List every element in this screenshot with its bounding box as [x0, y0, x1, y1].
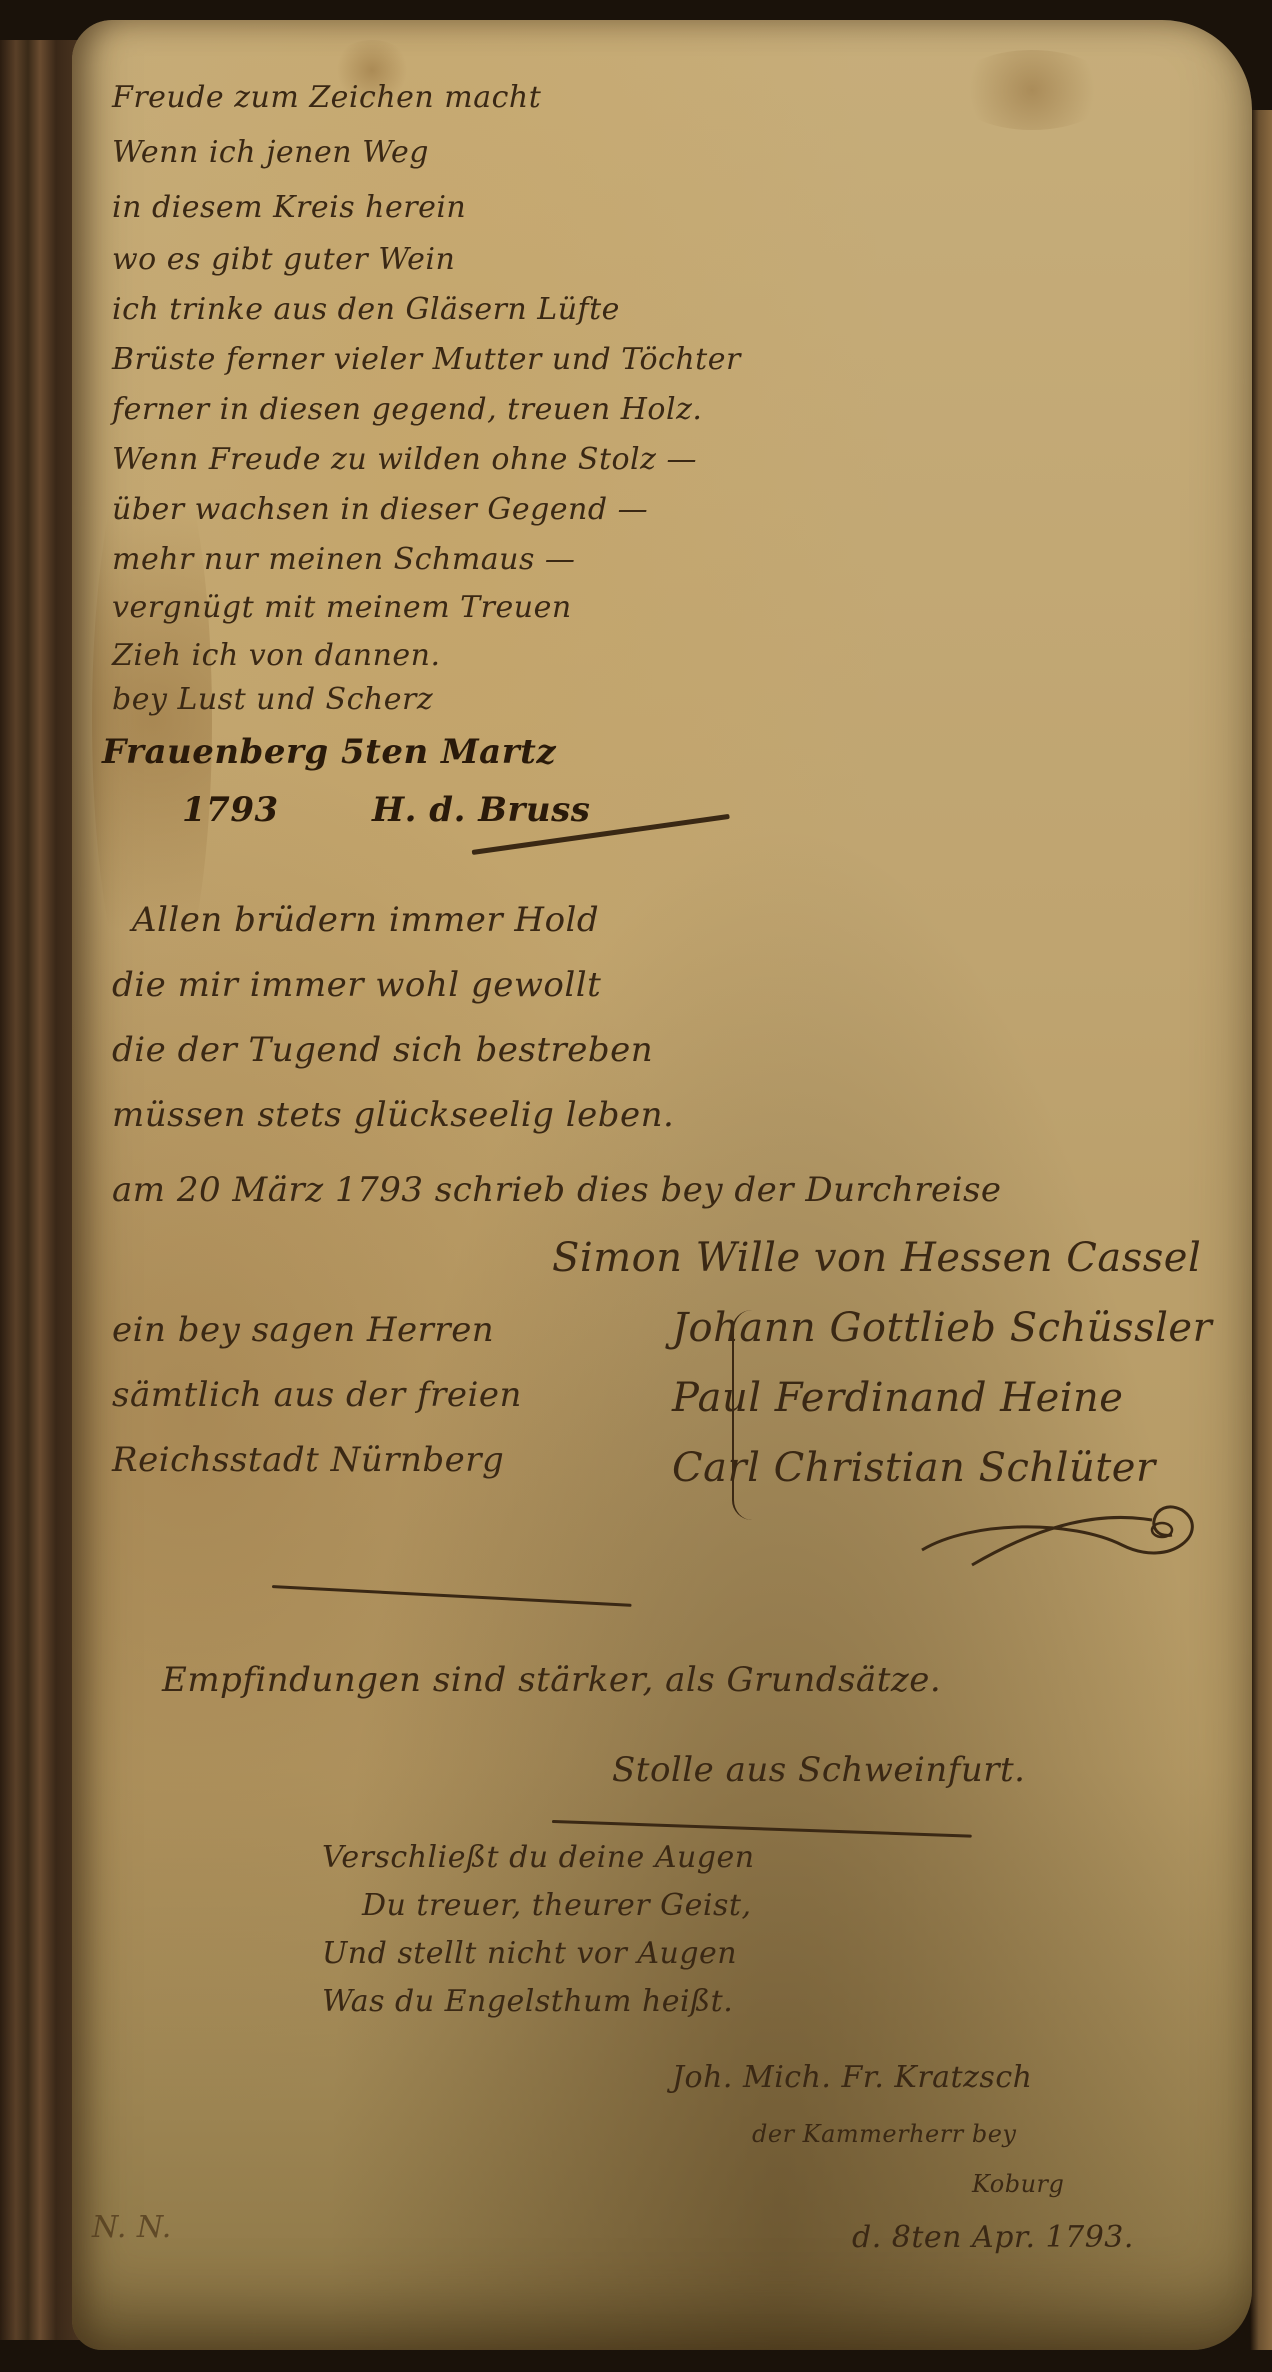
- entry1-line: Zieh ich von dannen.: [112, 638, 441, 673]
- manuscript-page: Freude zum Zeichen macht Wenn ich jenen …: [72, 20, 1252, 2350]
- entry2-verse-line: die der Tugend sich bestreben: [112, 1030, 653, 1070]
- next-page-edge: [1250, 110, 1272, 2350]
- entry1-line: vergnügt mit meinem Treuen: [112, 590, 572, 625]
- entry4-signature: Koburg: [972, 2170, 1064, 2198]
- entry1-signature: H. d. Bruss: [372, 790, 590, 830]
- entry4-verse-line: Verschließt du deine Augen: [322, 1840, 755, 1875]
- entry1-line: Brüste ferner vieler Mutter und Töchter: [112, 342, 741, 377]
- entry4-verse-line: Du treuer, theurer Geist,: [362, 1888, 751, 1923]
- entry2-verse-line: die mir immer wohl gewollt: [112, 965, 601, 1005]
- entry2-intro-line: Reichsstadt Nürnberg: [112, 1440, 504, 1480]
- water-stain: [952, 50, 1112, 130]
- entry2-date-line: am 20 März 1793 schrieb dies bey der Dur…: [112, 1170, 1002, 1210]
- entry4-verse-line: Und stellt nicht vor Augen: [322, 1936, 737, 1971]
- entry3-motto: Empfindungen sind stärker, als Grundsätz…: [162, 1660, 941, 1700]
- entry1-line: Wenn ich jenen Weg: [112, 135, 429, 170]
- entry4-date: d. 8ten Apr. 1793.: [852, 2220, 1134, 2255]
- separator-line: [272, 1585, 632, 1607]
- entry1-line: Freude zum Zeichen macht: [112, 80, 541, 115]
- entry1-line: ferner in diesen gegend, treuen Holz.: [112, 392, 702, 427]
- entry1-line: Wenn Freude zu wilden ohne Stolz —: [112, 442, 697, 477]
- entry2-intro-line: sämtlich aus der freien: [112, 1375, 522, 1415]
- entry2-name: Johann Gottlieb Schüssler: [672, 1305, 1212, 1351]
- book-spine-edge: [0, 40, 80, 2340]
- entry1-line: in diesem Kreis herein: [112, 190, 466, 225]
- entry1-line: wo es gibt guter Wein: [112, 242, 455, 277]
- entry1-line: bey Lust und Scherz: [112, 682, 433, 717]
- entry2-verse-line: Allen brüdern immer Hold: [132, 900, 599, 940]
- entry2-verse-line: müssen stets glückseelig leben.: [112, 1095, 674, 1135]
- entry1-year: 1793: [182, 790, 279, 830]
- separator-line: [552, 1820, 972, 1838]
- entry2-name: Paul Ferdinand Heine: [672, 1375, 1123, 1421]
- entry1-line: ich trinke aus den Gläsern Lüfte: [112, 292, 620, 327]
- flourish-ornament: [912, 1490, 1252, 1580]
- entry2-intro-line: ein bey sagen Herren: [112, 1310, 494, 1350]
- entry3-signature: Stolle aus Schweinfurt.: [612, 1750, 1025, 1790]
- entry1-line: mehr nur meinen Schmaus —: [112, 542, 575, 577]
- entry4-verse-line: Was du Engelsthum heißt.: [322, 1984, 733, 2019]
- entry1-line: über wachsen in dieser Gegend —: [112, 492, 648, 527]
- margin-mark: N. N.: [92, 2210, 172, 2245]
- entry2-name: Simon Wille von Hessen Cassel: [552, 1235, 1201, 1281]
- entry2-name: Carl Christian Schlüter: [672, 1445, 1156, 1491]
- entry1-place-date: Frauenberg 5ten Martz: [102, 732, 556, 772]
- entry4-signature: Joh. Mich. Fr. Kratzsch: [672, 2060, 1032, 2095]
- entry4-signature: der Kammerherr bey: [752, 2120, 1016, 2148]
